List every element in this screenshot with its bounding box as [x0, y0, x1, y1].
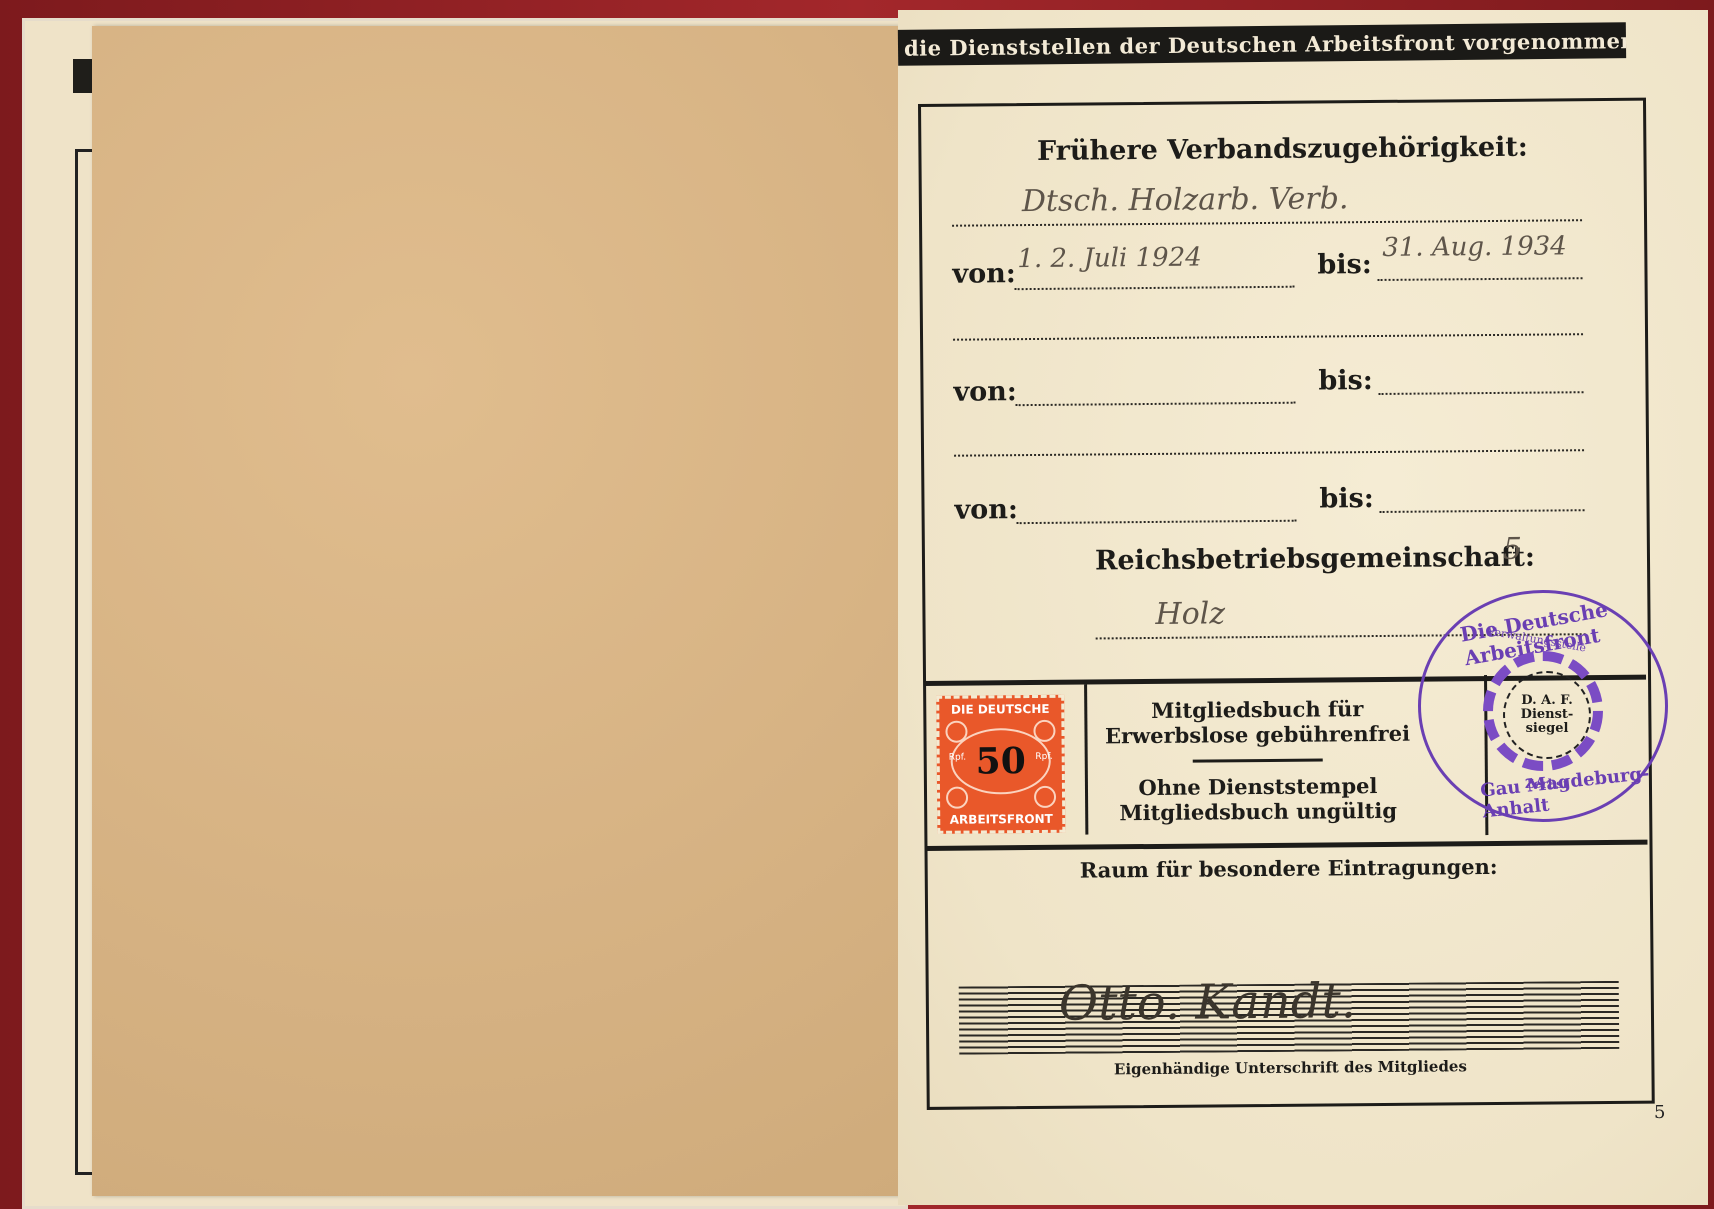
von-line-3 [1017, 520, 1297, 524]
member-signature: Otto. Kandt. [1059, 973, 1357, 1032]
rbg-label: Reichsbetriebsgemeinschaft: [1095, 542, 1535, 577]
stamp-value: 50 [975, 740, 1025, 782]
official-seal: Die Deutsche Arbeitsfront Verwaltungsste… [1418, 590, 1668, 822]
von-label-3: von: [954, 494, 1018, 526]
notice-line-3: Ohne Dienststempel [1088, 773, 1428, 801]
seal-center-line-1: D. A. F. [1521, 694, 1572, 708]
von-label-2: von: [953, 376, 1017, 408]
seal-center: D. A. F. Dienst- siegel [1503, 671, 1591, 759]
blank-line-1 [953, 333, 1583, 340]
von-label-1: von: [952, 258, 1016, 290]
notice-line-4: Mitgliedsbuch ungültig [1088, 798, 1428, 826]
stamp-value-oval: Rpf. 50 Rpf. [950, 728, 1051, 795]
revenue-stamp: DIE DEUTSCHE Rpf. 50 Rpf. ARBEITSFRONT [936, 695, 1065, 834]
seal-center-line-2: Dienst- [1521, 708, 1574, 722]
von-line-1 [1015, 286, 1295, 290]
bis-line-2 [1379, 391, 1584, 395]
form-title: Frühere Verbandszugehörigkeit: [921, 131, 1643, 168]
special-entries-label: Raum für besondere Eintragungen: [928, 853, 1650, 884]
blank-line-2 [954, 449, 1584, 456]
stamp-unit-right: Rpf. [1035, 752, 1052, 762]
previous-association-value: Dtsch. Holzarb. Verb. [1022, 181, 1349, 219]
signature-caption: Eigenhändige Unterschrift des Mitgliedes [929, 1056, 1651, 1080]
fee-notice: Mitgliedsbuch für Erwerbslose gebührenfr… [1084, 682, 1428, 835]
flyleaf-blank-page [92, 26, 900, 1196]
notice-line-1: Mitgliedsbuch für [1087, 696, 1427, 724]
von-line-2 [1016, 402, 1296, 406]
bis-label-2: bis: [1318, 365, 1373, 396]
seal-center-line-3: siegel [1526, 722, 1569, 736]
page-number: 5 [1654, 1102, 1665, 1123]
rbg-value: Holz [1155, 596, 1225, 632]
bis-line-1 [1378, 277, 1583, 281]
von-value-1: 1. 2. Juli 1924 [1017, 243, 1202, 275]
bis-label-3: bis: [1319, 483, 1374, 514]
bis-label-1: bis: [1317, 249, 1372, 280]
bis-value-1: 31. Aug. 1934 [1382, 231, 1567, 263]
stamp-unit-left: Rpf. [949, 753, 966, 763]
notice-line-2: Erwerbslose gebührenfrei [1087, 721, 1427, 749]
bis-line-3 [1380, 509, 1585, 513]
stamp-corner-ornament-icon [946, 787, 968, 809]
notice-divider [1193, 758, 1323, 762]
stamp-bottom-text: ARBEITSFRONT [940, 812, 1062, 827]
stamp-corner-ornament-icon [1034, 786, 1056, 808]
association-line [952, 219, 1582, 226]
stamp-top-text: DIE DEUTSCHE [939, 702, 1061, 717]
header-banner: die Dienststellen der Deutschen Arbeitsf… [898, 22, 1626, 66]
rbg-number: 5 [1503, 532, 1522, 567]
